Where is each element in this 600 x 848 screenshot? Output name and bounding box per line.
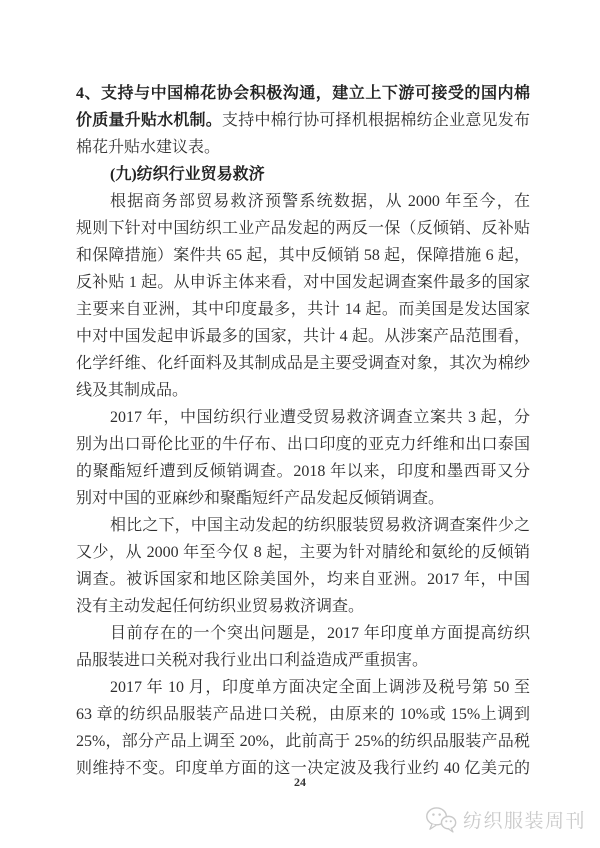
text-line: 反补贴 1 起。从申诉主体来看，对中国发起调查案件最多的国家 [76, 269, 530, 296]
text-line: 25%，部分产品上调至 20%，此前高于 25%的纺织品服装产品税率 [76, 728, 530, 755]
text-line: 根据商务部贸易救济预警系统数据，从 2000 年至今，在 WTO [76, 188, 530, 215]
text-line: 63 章的纺织品服装产品进口关税，由原来的 10%或 15%上调到 [76, 701, 530, 728]
document-body: 4、支持与中国棉花协会积极沟通，建立上下游可接受的国内棉价质量升贴水机制。支持中… [76, 80, 530, 782]
text-line: 和保障措施）案件共 65 起，其中反倾销 58 起，保障措施 6 起， [76, 242, 530, 269]
text-line: 品服装进口关税对我行业出口利益造成严重损害。 [76, 647, 530, 674]
text-line: 中对中国发起申诉最多的国家，共计 4 起。从涉案产品范围看， [76, 323, 530, 350]
text-line: 化学纤维、化纤面料及其制成品是主要受调查对象，其次为棉纱 [76, 350, 530, 377]
text-line: 2017 年，中国纺织行业遭受贸易救济调查立案共 3 起，分 [76, 404, 530, 431]
wechat-icon [425, 806, 457, 833]
text-line: 价质量升贴水机制。支持中棉行协可择机根据棉纺企业意见发布 [76, 107, 530, 134]
text-line: 规则下针对中国纺织工业产品发起的两反一保（反倾销、反补贴 [76, 215, 530, 242]
text-line: 目前存在的一个突出问题是，2017 年印度单方面提高纺织 [76, 620, 530, 647]
text-line: 4、支持与中国棉花协会积极沟通，建立上下游可接受的国内棉 [76, 80, 530, 107]
text-line: 调查。被诉国家和地区除美国外，均来自亚洲。2017 年，中国 [76, 566, 530, 593]
watermark: 纺织服装周刊 [425, 806, 586, 833]
text-line: 没有主动发起任何纺织业贸易救济调查。 [76, 593, 530, 620]
text-line: 主要来自亚洲，其中印度最多，共计 14 起。而美国是发达国家 [76, 296, 530, 323]
text-line: 线及其制成品。 [76, 377, 530, 404]
text-line: 2017 年 10 月，印度单方面决定全面上调涉及税号第 50 至 [76, 674, 530, 701]
section-heading: (九)纺织行业贸易救济 [76, 161, 530, 188]
watermark-label: 纺织服装周刊 [463, 806, 586, 833]
text-line: 棉花升贴水建议表。 [76, 134, 530, 161]
text-line: 又少，从 2000 年至今仅 8 起，主要为针对腈纶和氨纶的反倾销 [76, 539, 530, 566]
page-number: 24 [0, 775, 600, 790]
text-line: 相比之下，中国主动发起的纺织服装贸易救济调查案件少之 [76, 512, 530, 539]
document-page: 4、支持与中国棉花协会积极沟通，建立上下游可接受的国内棉价质量升贴水机制。支持中… [0, 0, 600, 848]
text-line: 的聚酯短纤遭到反倾销调查。2018 年以来，印度和墨西哥又分 [76, 458, 530, 485]
text-line: 别对中国的亚麻纱和聚酯短纤产品发起反倾销调查。 [76, 485, 530, 512]
text-line: 别为出口哥伦比亚的牛仔布、出口印度的亚克力纤维和出口泰国 [76, 431, 530, 458]
